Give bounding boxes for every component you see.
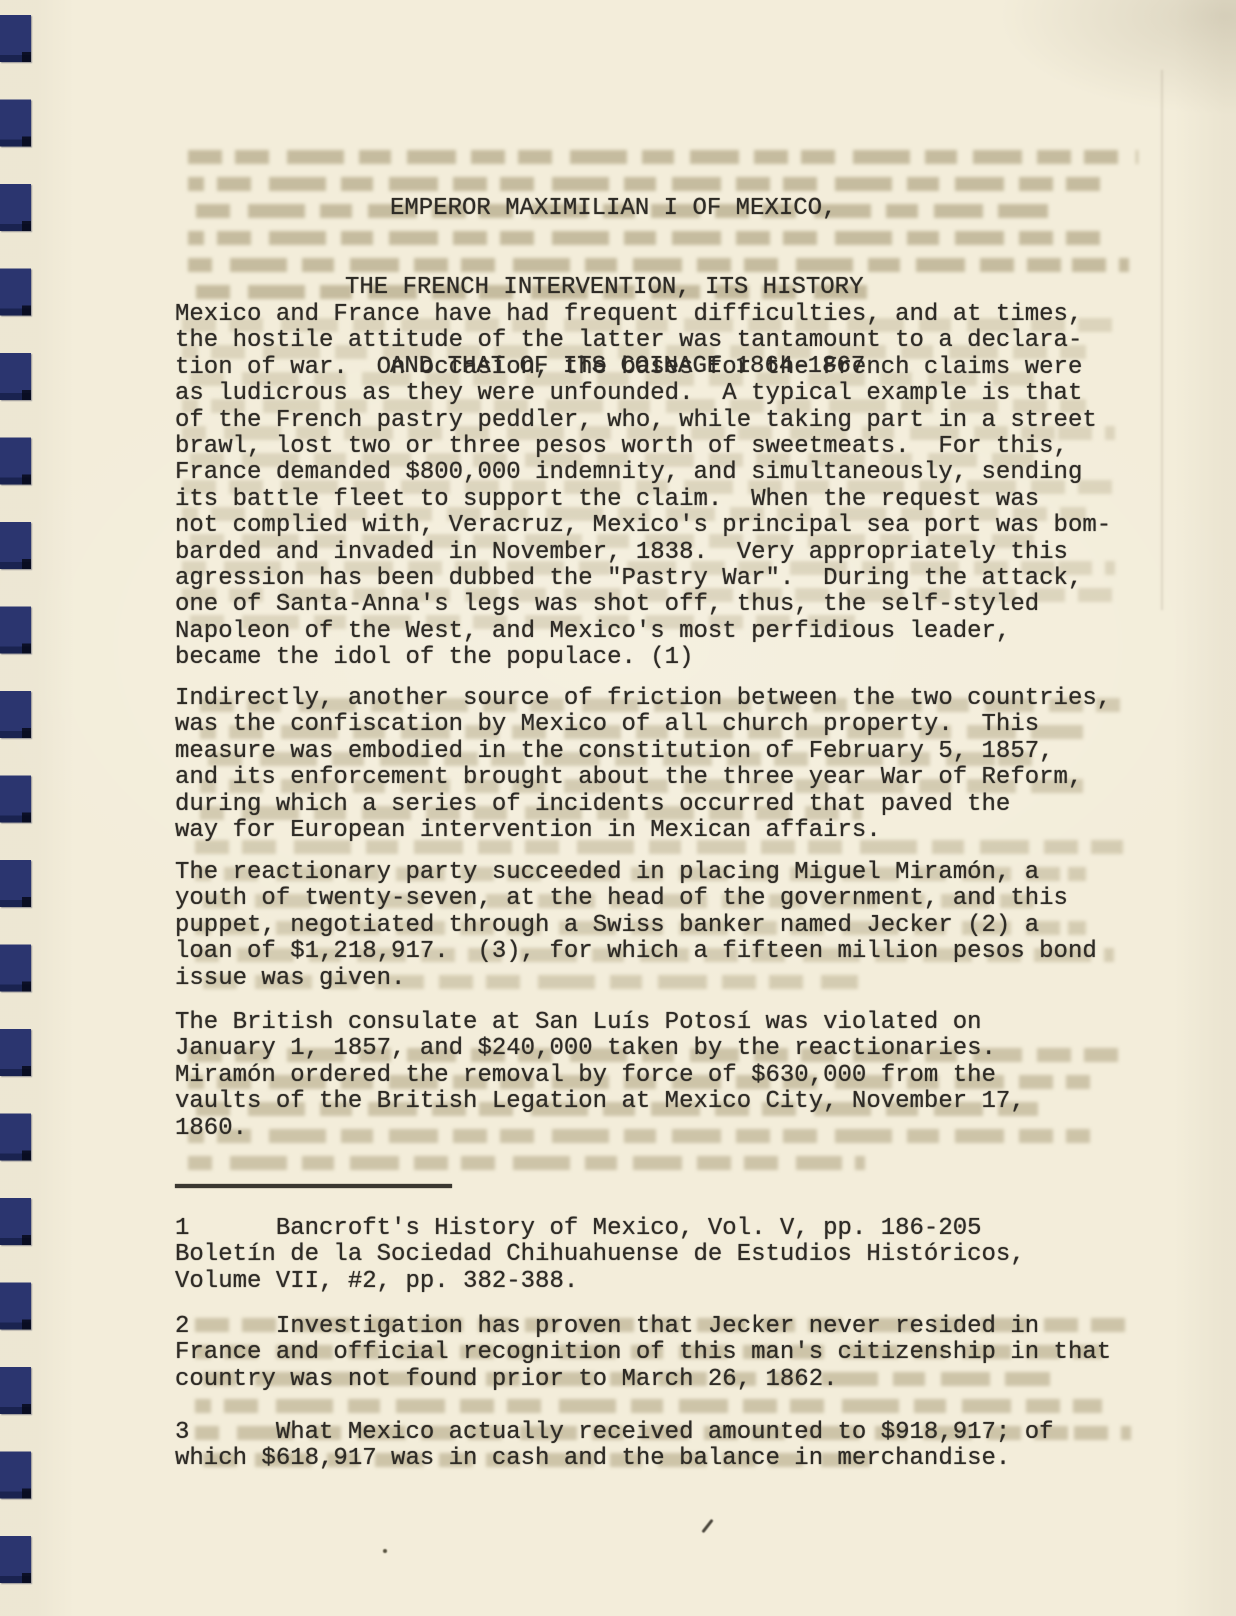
scanned-document-page: EMPEROR MAXIMILIAN I OF MEXICO, THE FREN… bbox=[0, 0, 1236, 1616]
footnote-2: 2 Investigation has proven that Jecker n… bbox=[175, 1314, 1111, 1393]
footnote-3: 3 What Mexico actually received amounted… bbox=[175, 1420, 1054, 1473]
paragraph-church-property: Indirectly, another source of friction b… bbox=[175, 686, 1111, 844]
paragraph-miramon-loan: The reactionary party succeeded in placi… bbox=[175, 860, 1097, 992]
footnote-separator bbox=[175, 1184, 452, 1188]
paragraph-british-consulate: The British consulate at San Luís Potosí… bbox=[175, 1010, 1025, 1142]
footnote-1: 1 Bancroft's History of Mexico, Vol. V, … bbox=[175, 1216, 1025, 1295]
title-line-2: THE FRENCH INTERVENTION, ITS HISTORY bbox=[345, 275, 865, 301]
title-line-1: EMPEROR MAXIMILIAN I OF MEXICO, bbox=[390, 196, 865, 222]
paragraph-pastry-war: Mexico and France have had frequent diff… bbox=[175, 302, 1111, 672]
typed-content: EMPEROR MAXIMILIAN I OF MEXICO, THE FREN… bbox=[0, 0, 1236, 1616]
pen-speck-dot bbox=[383, 1549, 387, 1553]
